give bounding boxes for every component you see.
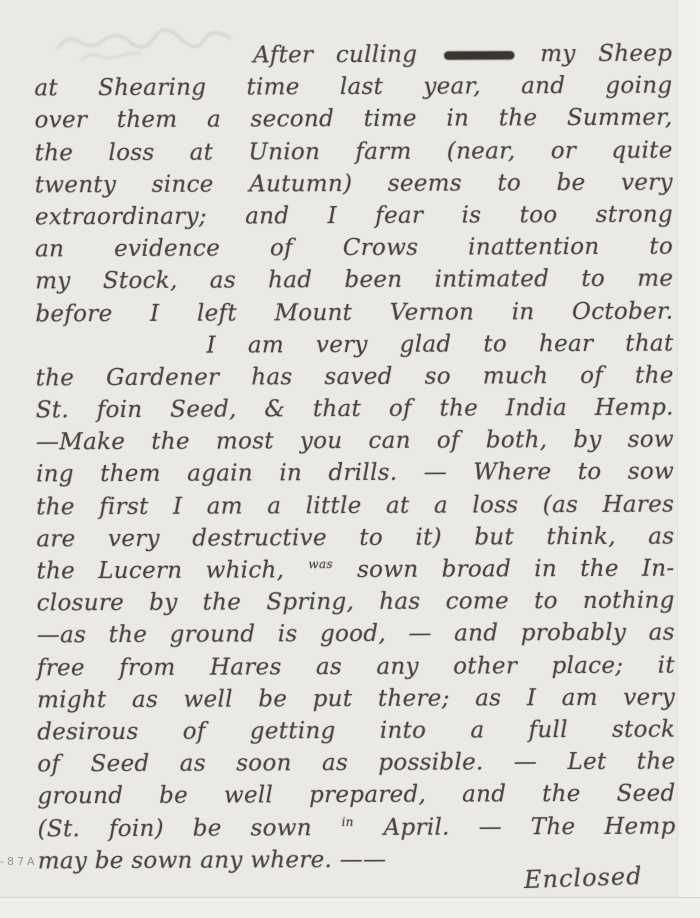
manuscript-line: desirous of getting into a full stock — [37, 714, 675, 749]
archive-reel-mark: -87A — [0, 855, 38, 868]
manuscript-line: twenty since Autumn) seems to be very — [35, 166, 673, 201]
manuscript-line: —Make the most you can of both, by sow — [36, 424, 674, 459]
manuscript-line: —as the ground is good, — and probably a… — [37, 617, 675, 652]
line-text: my Sheep — [540, 41, 672, 68]
manuscript-line: the loss at Union farm (near, or quite — [35, 134, 673, 169]
manuscript-line: ground be well prepared, and the Seed — [37, 778, 675, 813]
letter-body: After culling my Sheep at Shearing time … — [34, 38, 676, 878]
inserted-word: in — [342, 806, 354, 838]
manuscript-line: might as well be put there; as I am very — [37, 681, 675, 716]
manuscript-line: the Gardener has saved so much of the — [36, 359, 674, 394]
manuscript-line: ing them again in drills. — Where to sow — [36, 456, 674, 491]
line-text: sown broad in the In- — [357, 556, 675, 583]
manuscript-line: St. foin Seed, & that of the India Hemp. — [36, 392, 674, 427]
scanned-letter-page: After culling my Sheep at Shearing time … — [0, 0, 700, 918]
line-text: (St. foin) be sown — [38, 815, 312, 842]
line-text: the Lucern which, — [36, 557, 284, 584]
manuscript-line: (St. foin) be sown in April. — The Hemp — [38, 810, 676, 845]
manuscript-line: my Stock, as had been intimated to me — [35, 263, 673, 298]
paper-bottom-edge — [0, 897, 700, 918]
manuscript-line: of Seed as soon as possible. — Let the — [37, 746, 675, 781]
inserted-word: was — [308, 548, 333, 580]
manuscript-line: an evidence of Crows inattention to — [35, 231, 673, 266]
manuscript-line: over them a second time in the Summer, — [34, 102, 672, 137]
manuscript-line: I am very glad to hear that — [35, 327, 673, 362]
manuscript-line: before I left Mount Vernon in October. — [35, 295, 673, 330]
manuscript-line: are very destructive to it) but think, a… — [36, 520, 674, 555]
paper-right-edge — [677, 0, 700, 918]
manuscript-line: extraordinary; and I fear is too strong — [35, 199, 673, 234]
struck-out-word — [444, 51, 514, 59]
line-text: April. — The Hemp — [384, 813, 676, 840]
manuscript-line: the first I am a little at a loss (as Ha… — [36, 488, 674, 523]
manuscript-line: free from Hares as any other place; it — [37, 649, 675, 684]
manuscript-line: at Shearing time last year, and going — [34, 70, 672, 105]
catchword-enclosed: Enclosed — [524, 862, 643, 894]
manuscript-line: the Lucern which, was sown broad in the … — [36, 553, 674, 588]
line-text: After culling — [253, 42, 417, 69]
manuscript-line: After culling my Sheep — [34, 38, 672, 73]
manuscript-line: closure by the Spring, has come to nothi… — [37, 585, 675, 620]
